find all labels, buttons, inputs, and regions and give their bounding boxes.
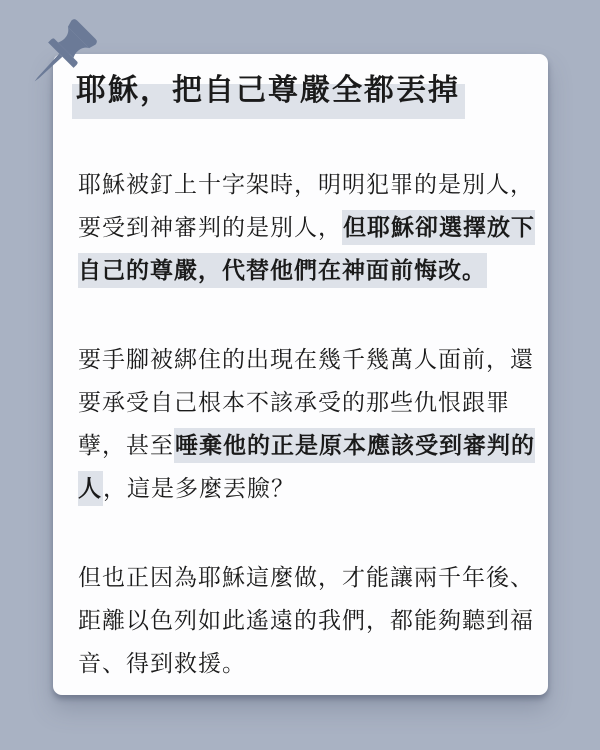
title-row: 耶穌，把自己尊嚴全都丟掉 [76, 72, 548, 120]
body-text: 但也正因為耶穌這麼做，才能讓兩千年後、距離以色列如此遙遠的我們，都能夠聽到福音、… [78, 564, 534, 676]
body-text-block: 耶穌被釘上十字架時，明明犯罪的是別人，要受到神審判的是別人，但耶穌卻選擇放下自己… [78, 163, 540, 685]
note-card: 耶穌，把自己尊嚴全都丟掉 耶穌被釘上十字架時，明明犯罪的是別人，要受到神審判的是… [53, 54, 548, 695]
page-title: 耶穌，把自己尊嚴全都丟掉 [76, 72, 460, 108]
body-paragraph: 耶穌被釘上十字架時，明明犯罪的是別人，要受到神審判的是別人，但耶穌卻選擇放下自己… [78, 163, 540, 292]
body-paragraph: 但也正因為耶穌這麼做，才能讓兩千年後、距離以色列如此遙遠的我們，都能夠聽到福音、… [78, 556, 540, 685]
poster-background: 耶穌，把自己尊嚴全都丟掉 耶穌被釘上十字架時，明明犯罪的是別人，要受到神審判的是… [0, 0, 600, 750]
body-text: ，這是多麼丟臉？ [103, 475, 295, 501]
body-paragraph: 要手腳被綁住的出現在幾千幾萬人面前，還要承受自己根本不該承受的那些仇恨跟罪孽，甚… [78, 338, 540, 510]
pushpin-icon [4, 14, 108, 118]
